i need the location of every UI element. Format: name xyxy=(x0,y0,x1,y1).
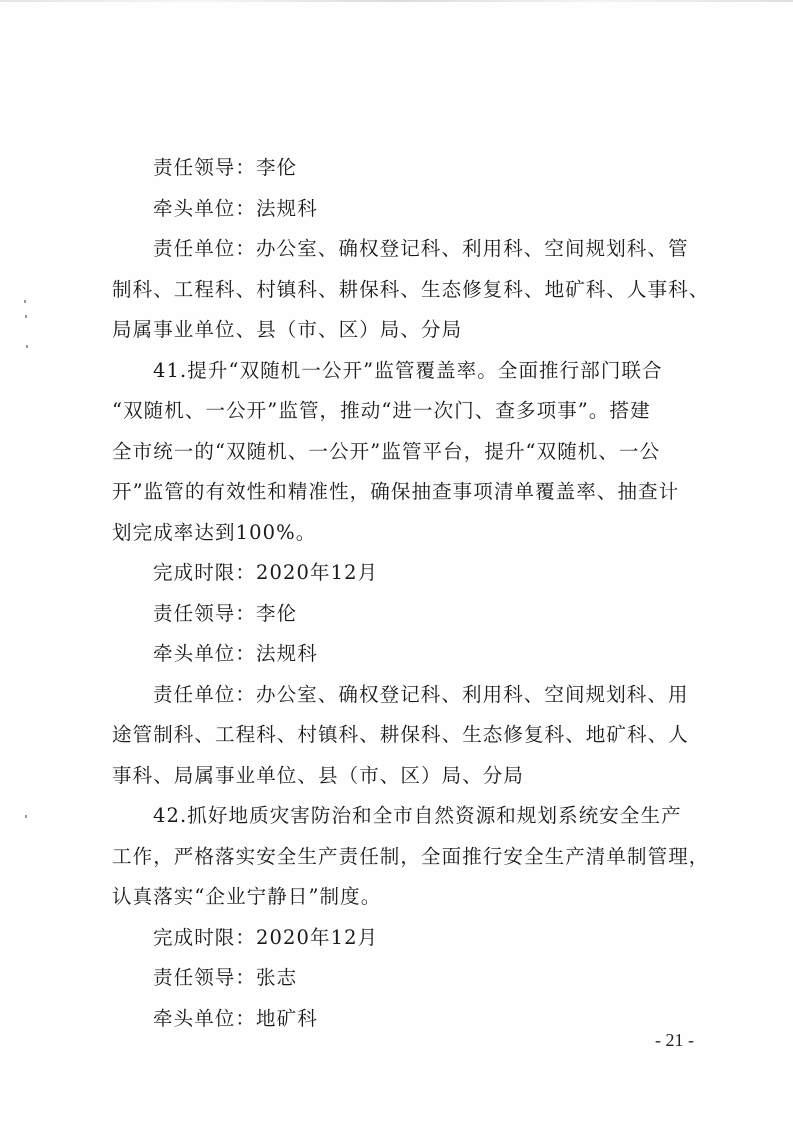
item-41-heading: 41.提升“双随机一公开”监管覆盖率。全面推行部门联合 xyxy=(112,351,692,392)
field-deadline: 完成时限：2020年12月 xyxy=(112,918,692,959)
item-42-text: 工作，严格落实安全生产责任制，全面推行安全生产清单制管理， xyxy=(112,837,692,878)
scan-speck xyxy=(25,815,27,818)
scan-speck xyxy=(24,300,26,303)
document-page: 责任领导：李伦 牵头单位：法规科 责任单位：办公室、确权登记科、利用科、空间规划… xyxy=(0,0,793,1124)
item-41-text: 全市统一的“双随机、一公开”监管平台，提升“双随机、一公 xyxy=(112,432,692,473)
item-42-text: 认真落实“企业宁静日”制度。 xyxy=(112,877,692,918)
field-responsible-units-cont: 局属事业单位、县（市、区）局、分局 xyxy=(112,310,692,351)
item-41-text: “双随机、一公开”监管，推动“进一次门、查多项事”。搭建 xyxy=(112,391,692,432)
item-42-heading: 42.抓好地质灾害防治和全市自然资源和规划系统安全生产 xyxy=(112,796,692,837)
field-responsible-units-cont: 事科、局属事业单位、县（市、区）局、分局 xyxy=(112,756,692,797)
document-body: 责任领导：李伦 牵头单位：法规科 责任单位：办公室、确权登记科、利用科、空间规划… xyxy=(112,148,692,1039)
item-41-text: 开”监管的有效性和精准性，确保抽查事项清单覆盖率、抽查计 xyxy=(112,472,692,513)
field-responsible-leader: 责任领导：李伦 xyxy=(112,148,692,189)
scan-edge xyxy=(0,0,793,2)
field-responsible-units: 责任单位：办公室、确权登记科、利用科、空间规划科、管 xyxy=(112,229,692,270)
field-responsible-leader: 责任领导：张志 xyxy=(112,958,692,999)
field-lead-unit: 牵头单位：法规科 xyxy=(112,634,692,675)
item-41-text: 划完成率达到100%。 xyxy=(112,513,692,554)
field-responsible-units-cont: 途管制科、工程科、村镇科、耕保科、生态修复科、地矿科、人 xyxy=(112,715,692,756)
page-number: - 21 - xyxy=(655,1030,694,1051)
field-responsible-units: 责任单位：办公室、确权登记科、利用科、空间规划科、用 xyxy=(112,675,692,716)
scan-speck xyxy=(26,345,28,348)
field-responsible-units-cont: 制科、工程科、村镇科、耕保科、生态修复科、地矿科、人事科、 xyxy=(112,270,692,311)
field-lead-unit: 牵头单位：法规科 xyxy=(112,189,692,230)
scan-speck xyxy=(25,315,27,318)
field-lead-unit: 牵头单位：地矿科 xyxy=(112,999,692,1040)
field-deadline: 完成时限：2020年12月 xyxy=(112,553,692,594)
field-responsible-leader: 责任领导：李伦 xyxy=(112,594,692,635)
